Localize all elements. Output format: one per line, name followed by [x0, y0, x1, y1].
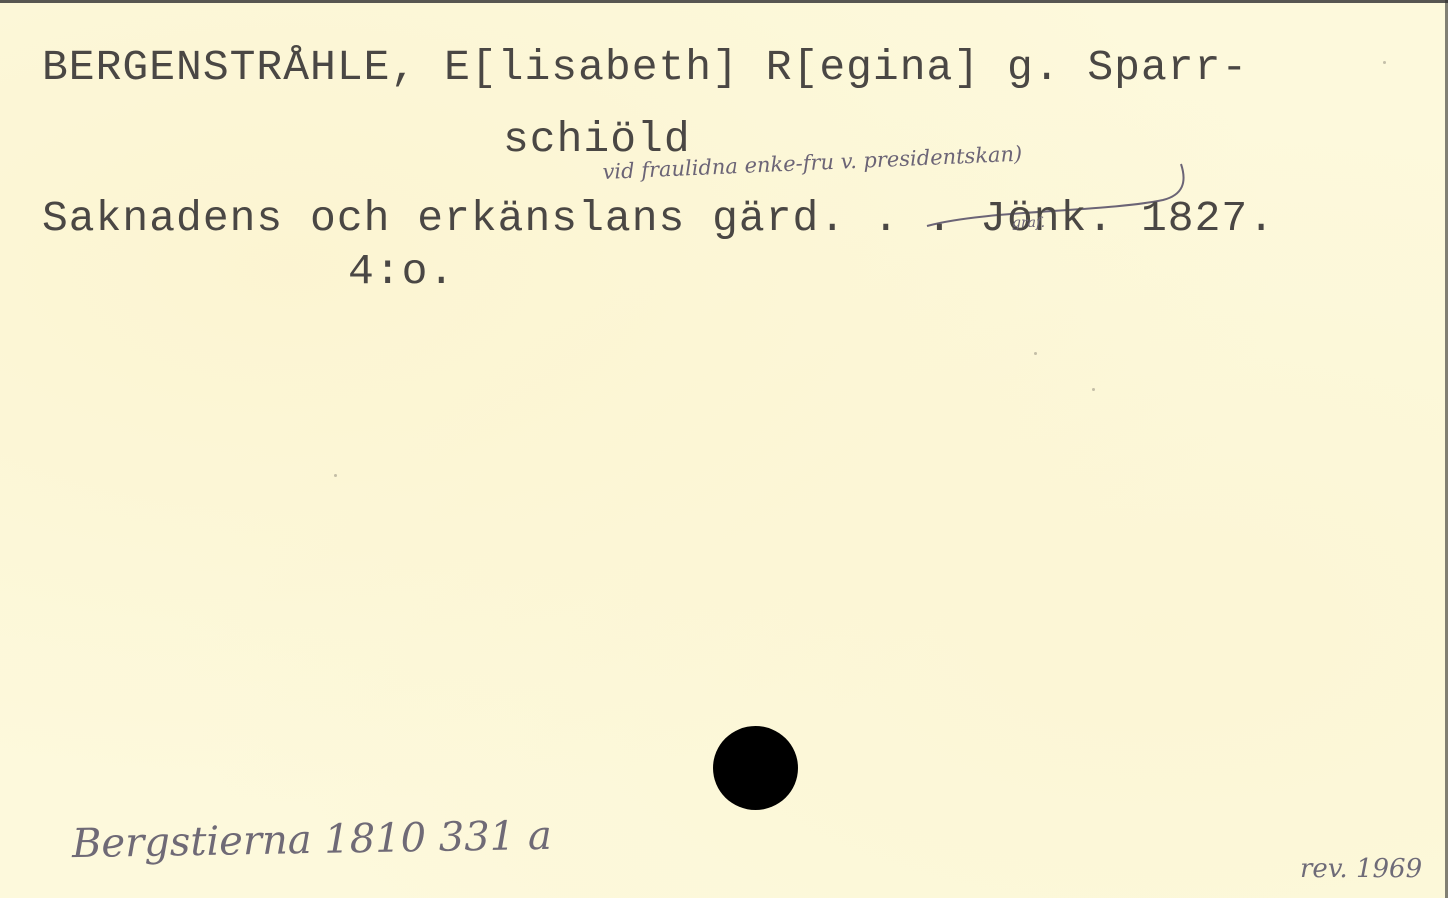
- inserted-marker: graf.: [1012, 216, 1045, 230]
- paper-speck: [1092, 388, 1095, 391]
- punch-hole: [713, 726, 798, 810]
- format-line: 4:o.: [348, 250, 455, 293]
- paper-speck: [1383, 61, 1386, 64]
- revision-note: rev. 1969: [1300, 856, 1422, 882]
- heading-author-line: BERGENSTRÅHLE, E[lisabeth] R[egina] g. S…: [42, 46, 1248, 89]
- paper-speck: [334, 474, 337, 477]
- heading-author-continuation: schiöld: [503, 118, 691, 161]
- title-line: Saknadens och erkänslans gärd. . . Jönk.…: [42, 197, 1275, 240]
- catalog-card: BERGENSTRÅHLE, E[lisabeth] R[egina] g. S…: [0, 0, 1448, 898]
- shelf-reference-note: Bergstierna 1810 331 a: [72, 816, 552, 864]
- paper-speck: [1034, 352, 1037, 355]
